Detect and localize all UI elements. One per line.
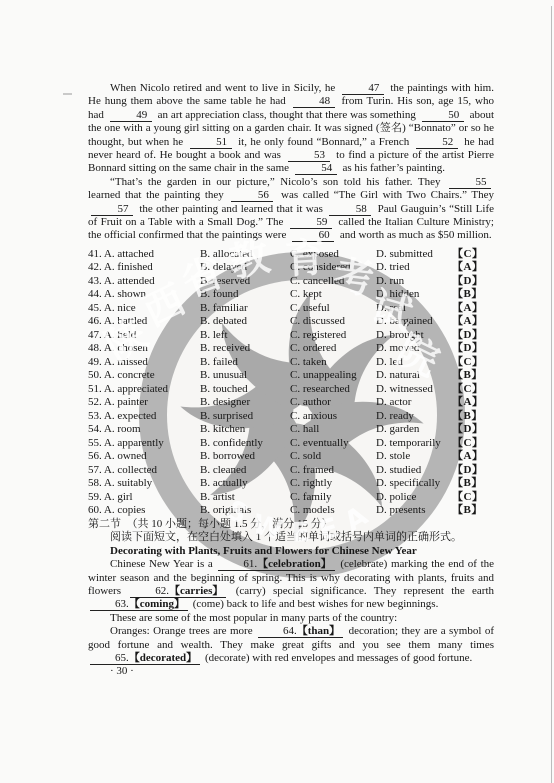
cloze-blank: 47 — [342, 83, 384, 95]
option-row: 59. A. girlB. artistC. familyD. police【C… — [88, 491, 494, 505]
option-row: 52. A. painterB. designerC. authorD. act… — [88, 396, 494, 410]
filled-answer: 62.【carries】 — [130, 586, 226, 598]
option-b: B. surprised — [200, 410, 290, 424]
option-d: D. submitted — [376, 248, 452, 262]
option-c: C. cancelled — [290, 275, 376, 289]
option-c: C. framed — [290, 464, 376, 478]
option-c: C. researched — [290, 383, 376, 397]
option-c: C. useful — [290, 302, 376, 316]
cloze-blank: 49 — [110, 110, 152, 122]
option-b: B. borrowed — [200, 450, 290, 464]
option-row: 58. A. suitablyB. actuallyC. rightlyD. s… — [88, 477, 494, 491]
option-a: 54. A. room — [88, 423, 200, 437]
option-d: D. specifically — [376, 477, 452, 491]
answer-key: 【C】 — [452, 491, 494, 505]
cloze-blank: 58 — [329, 204, 371, 216]
answer-key: 【C】 — [452, 437, 494, 451]
option-row: 49. A. missedB. failedC. takenD. led【C】 — [88, 356, 494, 370]
option-b: B. failed — [200, 356, 290, 370]
cloze-paragraph-1: When Nicolo retired and went to live in … — [88, 82, 494, 176]
option-d: D. bargained — [376, 315, 452, 329]
option-row: 41. A. attachedB. allocatedC. exposedD. … — [88, 248, 494, 262]
option-d: D. tried — [376, 261, 452, 275]
answer-key: 【D】 — [452, 275, 494, 289]
option-b: B. allocated — [200, 248, 290, 262]
fill-paragraph-1: Chinese New Year is a 61.【celebration】 (… — [88, 558, 494, 612]
cloze-blank: 52 — [416, 137, 458, 149]
passage-title: Decorating with Plants, Fruits and Flowe… — [88, 545, 494, 558]
option-c: C. hall — [290, 423, 376, 437]
scan-edge-line — [551, 6, 552, 783]
cloze-blank: 55 — [449, 177, 491, 189]
answer-key: 【A】 — [452, 261, 494, 275]
scanned-exam-page: When Nicolo retired and went to live in … — [0, 0, 554, 783]
answer-key: 【C】 — [452, 248, 494, 262]
option-row: 50. A. concreteB. unusualC. unappealingD… — [88, 369, 494, 383]
cloze-blank: 51 — [190, 137, 232, 149]
option-d: D. presents — [376, 504, 452, 518]
option-c: C. considered — [290, 261, 376, 275]
option-d: D. studied — [376, 464, 452, 478]
option-a: 44. A. shown — [88, 288, 200, 302]
option-a: 51. A. appreciated — [88, 383, 200, 397]
option-c: C. unappealing — [290, 369, 376, 383]
answer-key: 【B】 — [452, 288, 494, 302]
option-c: C. kept — [290, 288, 376, 302]
option-a: 43. A. attended — [88, 275, 200, 289]
option-a: 60. A. copies — [88, 504, 200, 518]
option-a: 45. A. nice — [88, 302, 200, 316]
options-list: 41. A. attachedB. allocatedC. exposedD. … — [88, 248, 494, 518]
option-row: 47. A. heldB. leftC. registeredD. brough… — [88, 329, 494, 343]
option-a: 48. A. chosen — [88, 342, 200, 356]
margin-mark — [63, 93, 72, 95]
option-d: D. moved — [376, 342, 452, 356]
cloze-blank: 57 — [91, 204, 133, 216]
option-b: B. cleaned — [200, 464, 290, 478]
answer-key: 【C】 — [452, 356, 494, 370]
option-a: 52. A. painter — [88, 396, 200, 410]
answer-key: 【A】 — [452, 450, 494, 464]
option-row: 55. A. apparentlyB. confidentlyC. eventu… — [88, 437, 494, 451]
fill-paragraph-2: These are some of the most popular in ma… — [88, 612, 494, 625]
option-a: 58. A. suitably — [88, 477, 200, 491]
option-row: 60. A. copiesB. originalsC. modelsD. pre… — [88, 504, 494, 518]
section2-heading: 第二节 （共 10 小题；每小题 1.5 分，满分 15 分） — [88, 518, 494, 531]
option-b: B. found — [200, 288, 290, 302]
option-b: B. unusual — [200, 369, 290, 383]
option-row: 48. A. chosenB. receivedC. orderedD. mov… — [88, 342, 494, 356]
option-row: 43. A. attendedB. reservedC. cancelledD.… — [88, 275, 494, 289]
page-content: When Nicolo retired and went to live in … — [88, 82, 494, 679]
option-b: B. left — [200, 329, 290, 343]
option-b: B. confidently — [200, 437, 290, 451]
option-d: D. brought — [376, 329, 452, 343]
answer-key: 【C】 — [452, 383, 494, 397]
option-c: C. family — [290, 491, 376, 505]
answer-key: 【A】 — [452, 315, 494, 329]
option-c: C. models — [290, 504, 376, 518]
answer-key: 【B】 — [452, 410, 494, 424]
option-d: D. stole — [376, 450, 452, 464]
page-number: · 30 · — [88, 665, 494, 678]
answer-key: 【A】 — [452, 396, 494, 410]
option-c: C. ordered — [290, 342, 376, 356]
option-d: D. police — [376, 491, 452, 505]
answer-key: 【B】 — [452, 477, 494, 491]
cloze-blank: 56 — [231, 190, 273, 202]
answer-key: 【D】 — [452, 423, 494, 437]
answer-key: 【A】 — [452, 302, 494, 316]
option-b: B. kitchen — [200, 423, 290, 437]
option-b: B. actually — [200, 477, 290, 491]
option-a: 55. A. apparently — [88, 437, 200, 451]
option-c: C. eventually — [290, 437, 376, 451]
option-c: C. sold — [290, 450, 376, 464]
cloze-blank: 60 — [292, 230, 334, 242]
option-d: D. garden — [376, 423, 452, 437]
option-b: B. originals — [200, 504, 290, 518]
option-b: B. delayed — [200, 261, 290, 275]
option-d: D. led — [376, 356, 452, 370]
fill-paragraph-3: Oranges: Orange trees are more 64.【than】… — [88, 625, 494, 665]
option-c: C. rightly — [290, 477, 376, 491]
answer-key: 【B】 — [452, 504, 494, 518]
option-d: D. actor — [376, 396, 452, 410]
option-d: D. witnessed — [376, 383, 452, 397]
option-b: B. received — [200, 342, 290, 356]
option-row: 54. A. roomB. kitchenC. hallD. garden【D】 — [88, 423, 494, 437]
option-row: 45. A. niceB. familiarC. usefulD. real【A… — [88, 302, 494, 316]
option-row: 57. A. collectedB. cleanedC. framedD. st… — [88, 464, 494, 478]
option-b: B. familiar — [200, 302, 290, 316]
option-a: 57. A. collected — [88, 464, 200, 478]
answer-key: 【D】 — [452, 464, 494, 478]
option-b: B. touched — [200, 383, 290, 397]
option-c: C. taken — [290, 356, 376, 370]
option-b: B. designer — [200, 396, 290, 410]
option-c: C. registered — [290, 329, 376, 343]
answer-key: 【D】 — [452, 342, 494, 356]
option-a: 56. A. owned — [88, 450, 200, 464]
option-d: D. hidden — [376, 288, 452, 302]
filled-answer: 63.【coming】 — [90, 599, 188, 611]
filled-answer: 61.【celebration】 — [218, 559, 334, 571]
answer-key: 【D】 — [452, 329, 494, 343]
option-a: 59. A. girl — [88, 491, 200, 505]
option-row: 42. A. finishedB. delayedC. consideredD.… — [88, 261, 494, 275]
option-c: C. discussed — [290, 315, 376, 329]
answer-key: 【B】 — [452, 369, 494, 383]
option-d: D. real — [376, 302, 452, 316]
cloze-paragraph-2: “That’s the garden in our picture,” Nico… — [88, 176, 494, 243]
cloze-blank: 59 — [290, 217, 332, 229]
filled-answer: 64.【than】 — [258, 626, 343, 638]
option-d: D. natural — [376, 369, 452, 383]
cloze-blank: 54 — [295, 163, 337, 175]
cloze-blank: 48 — [293, 96, 335, 108]
option-a: 49. A. missed — [88, 356, 200, 370]
option-row: 44. A. shownB. foundC. keptD. hidden【B】 — [88, 288, 494, 302]
option-b: B. reserved — [200, 275, 290, 289]
option-row: 46. A. battledB. debatedC. discussedD. b… — [88, 315, 494, 329]
option-a: 46. A. battled — [88, 315, 200, 329]
cloze-blank: 50 — [422, 110, 464, 122]
option-b: B. artist — [200, 491, 290, 505]
option-a: 50. A. concrete — [88, 369, 200, 383]
option-d: D. temporarily — [376, 437, 452, 451]
option-c: C. exposed — [290, 248, 376, 262]
option-row: 51. A. appreciatedB. touchedC. researche… — [88, 383, 494, 397]
option-a: 41. A. attached — [88, 248, 200, 262]
cloze-blank: 53 — [288, 150, 330, 162]
option-c: C. anxious — [290, 410, 376, 424]
option-b: B. debated — [200, 315, 290, 329]
option-a: 53. A. expected — [88, 410, 200, 424]
section2-instruction: 阅读下面短文，在空白处填入 1 个适当的单词或括号内单词的正确形式。 — [88, 531, 494, 544]
option-a: 42. A. finished — [88, 261, 200, 275]
filled-answer: 65.【decorated】 — [90, 653, 200, 665]
option-d: D. run — [376, 275, 452, 289]
option-row: 53. A. expectedB. surprisedC. anxiousD. … — [88, 410, 494, 424]
option-d: D. ready — [376, 410, 452, 424]
option-a: 47. A. held — [88, 329, 200, 343]
option-row: 56. A. ownedB. borrowedC. soldD. stole【A… — [88, 450, 494, 464]
option-c: C. author — [290, 396, 376, 410]
